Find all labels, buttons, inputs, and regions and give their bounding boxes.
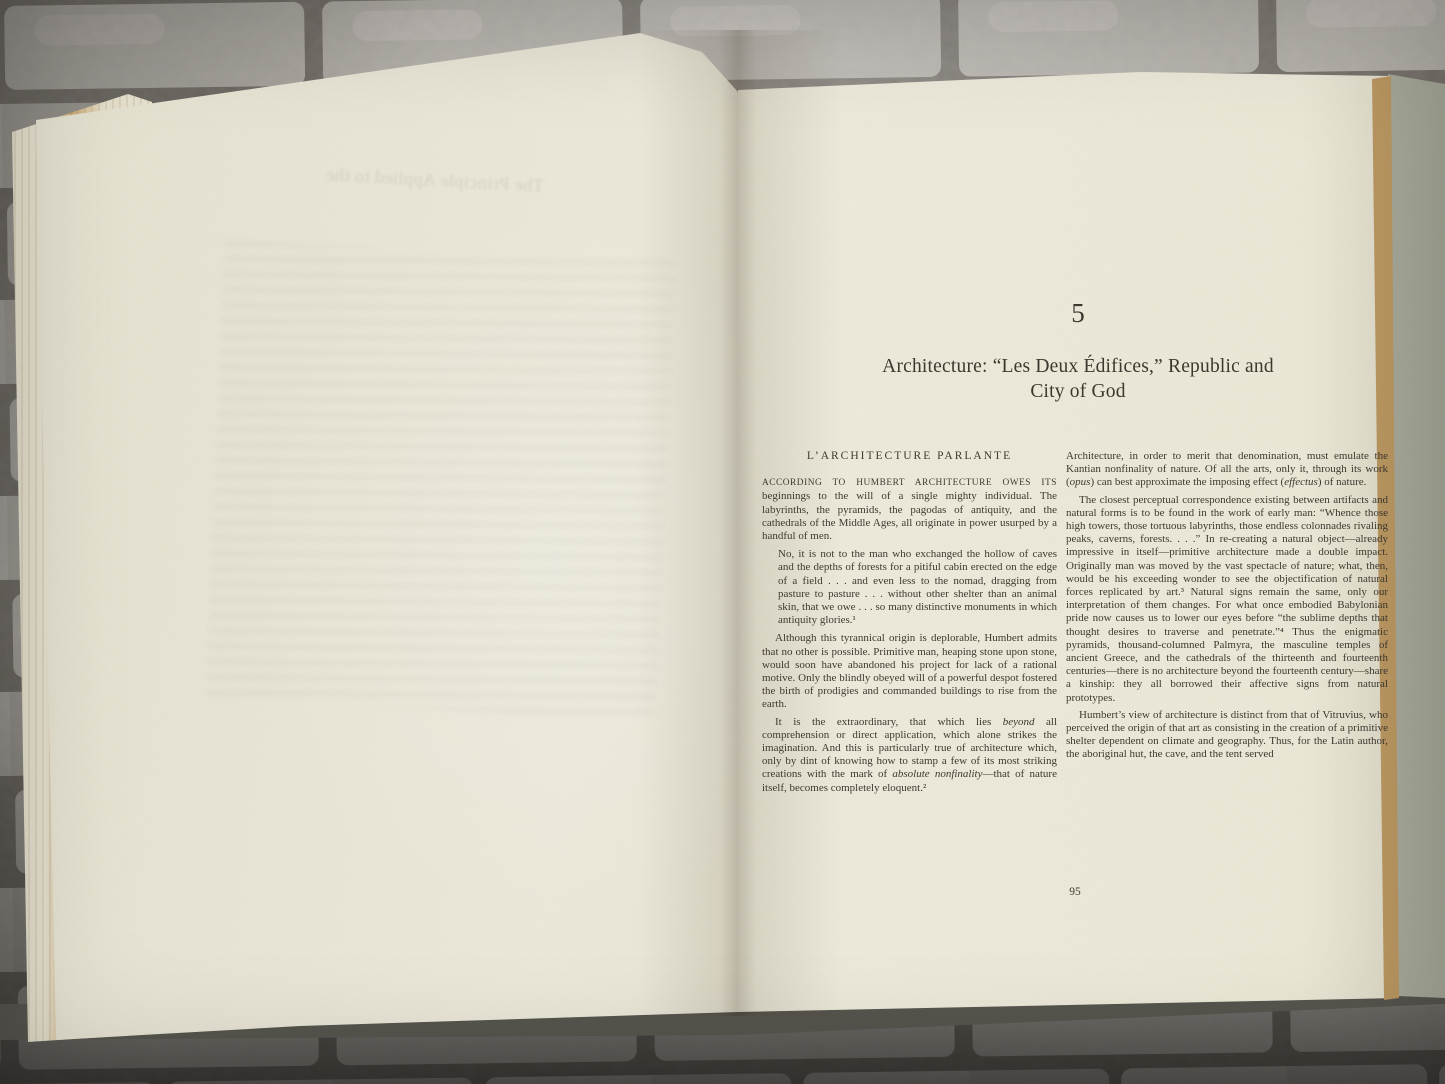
chapter-title-line1: Architecture: “Les Deux Édifices,” Repub… <box>768 354 1388 379</box>
photo-open-book: The Principle Applied to the 5 Architect… <box>0 0 1445 1084</box>
left-column: L’ARCHITECTURE PARLANTE ACCORDING TO HUM… <box>762 450 1057 799</box>
chapter-head: 5 Architecture: “Les Deux Édifices,” Rep… <box>768 298 1388 404</box>
page-number: 95 <box>1069 886 1081 898</box>
paragraph: It is the extraordinary, that which lies… <box>762 716 1057 795</box>
block-quote: No, it is not to the man who exchanged t… <box>778 548 1057 627</box>
paragraph: Humbert’s view of architecture is distin… <box>1066 709 1388 762</box>
text-columns: L’ARCHITECTURE PARLANTE ACCORDING TO HUM… <box>762 450 1388 799</box>
paragraph: The closest perceptual correspondence ex… <box>1066 494 1388 705</box>
showthrough-text-blur <box>205 240 675 719</box>
showthrough-title: The Principle Applied to the <box>185 157 685 204</box>
page-number-row: 95 <box>762 882 1388 900</box>
paragraph: ACCORDING TO HUMBERT ARCHITECTURE OWES I… <box>762 476 1057 543</box>
paragraph: Although this tyrannical origin is deplo… <box>762 632 1057 711</box>
chapter-number: 5 <box>768 298 1388 328</box>
chapter-title: Architecture: “Les Deux Édifices,” Repub… <box>768 354 1388 404</box>
section-heading: L’ARCHITECTURE PARLANTE <box>762 450 1057 463</box>
chapter-title-line2: City of God <box>768 379 1388 404</box>
right-column: Architecture, in order to merit that den… <box>1066 450 1388 799</box>
paragraph: Architecture, in order to merit that den… <box>1066 450 1388 490</box>
